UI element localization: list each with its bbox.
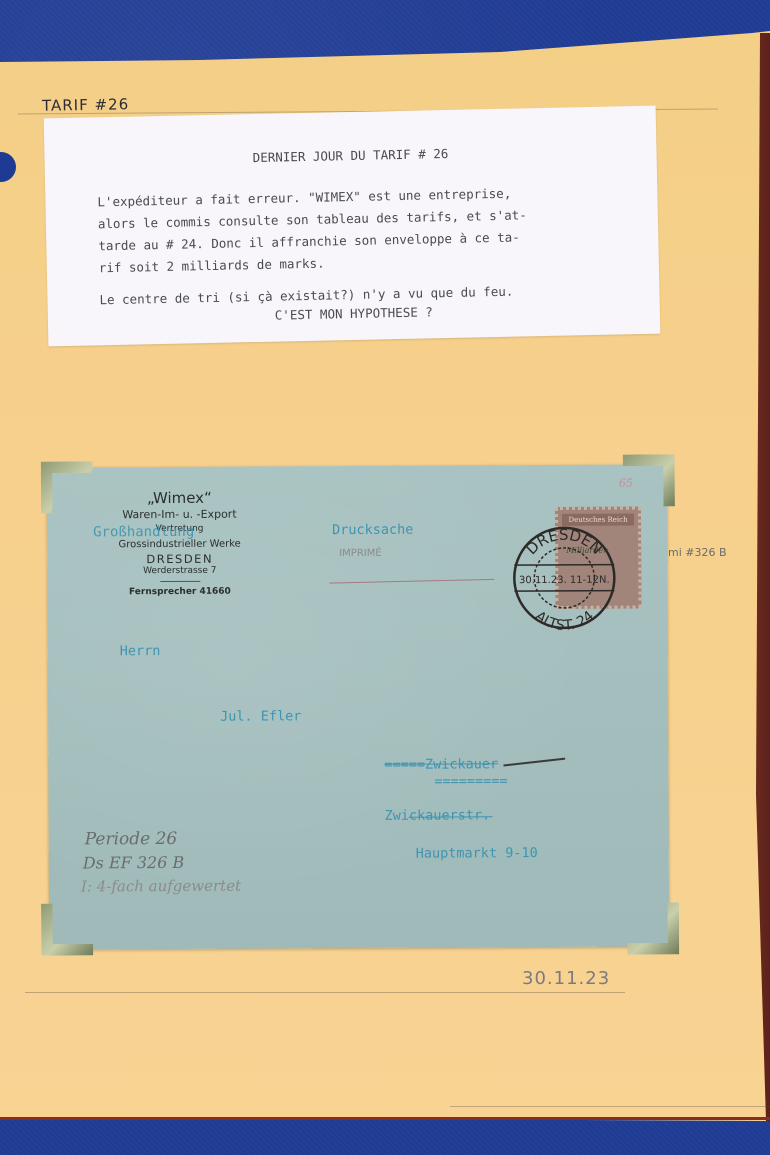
postmark-city: DRESDEN	[522, 526, 606, 559]
note-title: DERNIER JOUR DU TARIF # 26	[44, 142, 656, 170]
pencil-note: Periode 26	[85, 829, 178, 849]
struck-address-line: =====Zwickauer	[384, 756, 498, 773]
corner-mark: 65	[619, 477, 633, 490]
address-city: Hauptmarkt 9-10	[416, 845, 538, 862]
sender-name: „Wimex“	[97, 489, 262, 508]
mail-class: Drucksache	[332, 522, 413, 538]
page-label: TARIF #26	[42, 95, 129, 115]
date-note: 30.11.23	[522, 968, 610, 989]
overtyped-text: Großhandlung	[93, 524, 194, 541]
red-pencil-line	[329, 579, 494, 584]
mail-class-note: IMPRIMÉ	[339, 548, 382, 559]
photo-corner-icon	[41, 903, 93, 955]
svg-text:ALTST. 24: ALTST. 24	[532, 608, 597, 633]
photo-corner-icon	[627, 902, 679, 954]
salutation: Herrn	[120, 643, 161, 659]
envelope-cover: „Wimex“ Waren-Im- u. -Export Vertretung …	[47, 464, 670, 949]
pencil-note: Ds EF 326 B	[83, 853, 184, 873]
pencil-note: I: 4-fach aufgewertet	[81, 877, 241, 896]
page-bottom-edge	[0, 1117, 770, 1120]
pencil-rule-date	[25, 992, 625, 993]
postmark-cancel-icon: DRESDEN ALTST. 24 30.11.23. 11-12N.	[509, 523, 620, 634]
sender-city: DRESDEN	[97, 551, 262, 566]
sender-line1: Waren-Im- u. -Export	[97, 507, 262, 523]
typed-note-card: DERNIER JOUR DU TARIF # 26 L'expéditeur …	[44, 106, 661, 347]
postmark-date: 30.11.23. 11-12N.	[519, 575, 610, 586]
struck-address-line: =========	[434, 773, 507, 789]
pen-strike	[503, 758, 565, 766]
svg-text:DRESDEN: DRESDEN	[522, 526, 606, 559]
pencil-rule-bottom	[450, 1106, 770, 1107]
sender-letterhead: „Wimex“ Waren-Im- u. -Export Vertretung …	[97, 489, 263, 598]
recipient-name: Jul. Efler	[220, 708, 301, 724]
catalog-note: mi #326 B	[668, 546, 727, 559]
photo-corner-icon	[41, 461, 93, 513]
sender-street: Werderstrasse 7	[97, 565, 262, 576]
sender-phone: Fernsprecher 41660	[97, 586, 262, 597]
note-body: L'expéditeur a fait erreur. "WIMEX" est …	[97, 180, 639, 311]
postmark-office: ALTST. 24	[532, 608, 597, 633]
